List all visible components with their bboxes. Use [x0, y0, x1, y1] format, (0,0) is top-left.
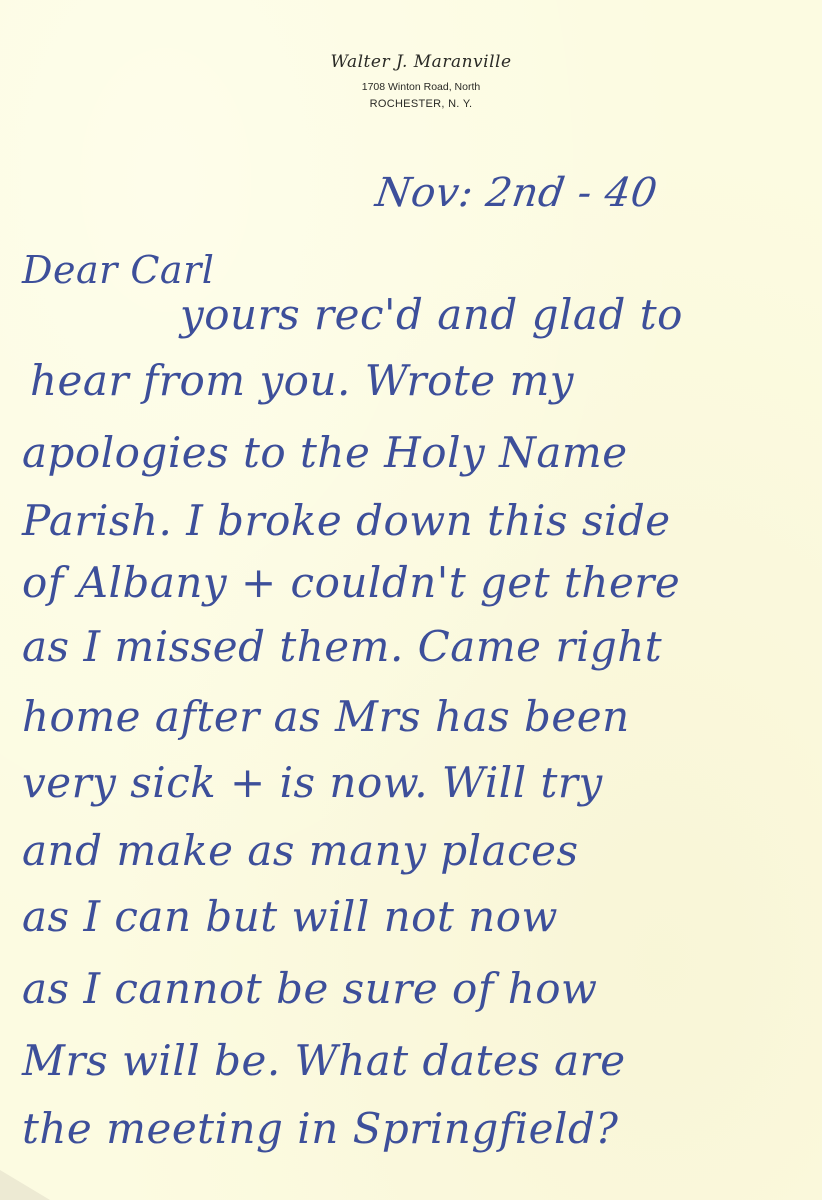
body-line: hear from you. Wrote my: [30, 356, 574, 405]
salutation: Dear Carl: [22, 248, 214, 292]
body-line: as I can but will not now: [22, 892, 558, 941]
body-line: of Albany + couldn't get there: [22, 558, 680, 607]
body-line: and make as many places: [22, 826, 579, 875]
letter-date: Nov: 2nd - 40: [373, 170, 660, 216]
body-line: Parish. I broke down this side: [22, 496, 671, 545]
corner-crease: [0, 1170, 50, 1200]
letter-page: Walter J. Maranville 1708 Winton Road, N…: [0, 0, 828, 1200]
body-line: Mrs will be. What dates are: [22, 1036, 626, 1085]
letterhead-name: Walter J. Maranville: [14, 52, 828, 72]
body-line: very sick + is now. Will try: [22, 758, 603, 807]
body-line: home after as Mrs has been: [22, 692, 630, 741]
letterhead-address: 1708 Winton Road, North: [14, 81, 828, 93]
body-line: as I cannot be sure of how: [22, 964, 598, 1013]
scan-edge: [822, 0, 828, 1200]
letterhead-city: ROCHESTER, N. Y.: [14, 98, 828, 110]
body-line: as I missed them. Came right: [22, 622, 662, 671]
body-line: apologies to the Holy Name: [22, 428, 628, 477]
body-line: yours rec'd and glad to: [180, 290, 683, 339]
letterhead: Walter J. Maranville 1708 Winton Road, N…: [0, 52, 828, 110]
body-line: the meeting in Springfield?: [22, 1104, 618, 1153]
